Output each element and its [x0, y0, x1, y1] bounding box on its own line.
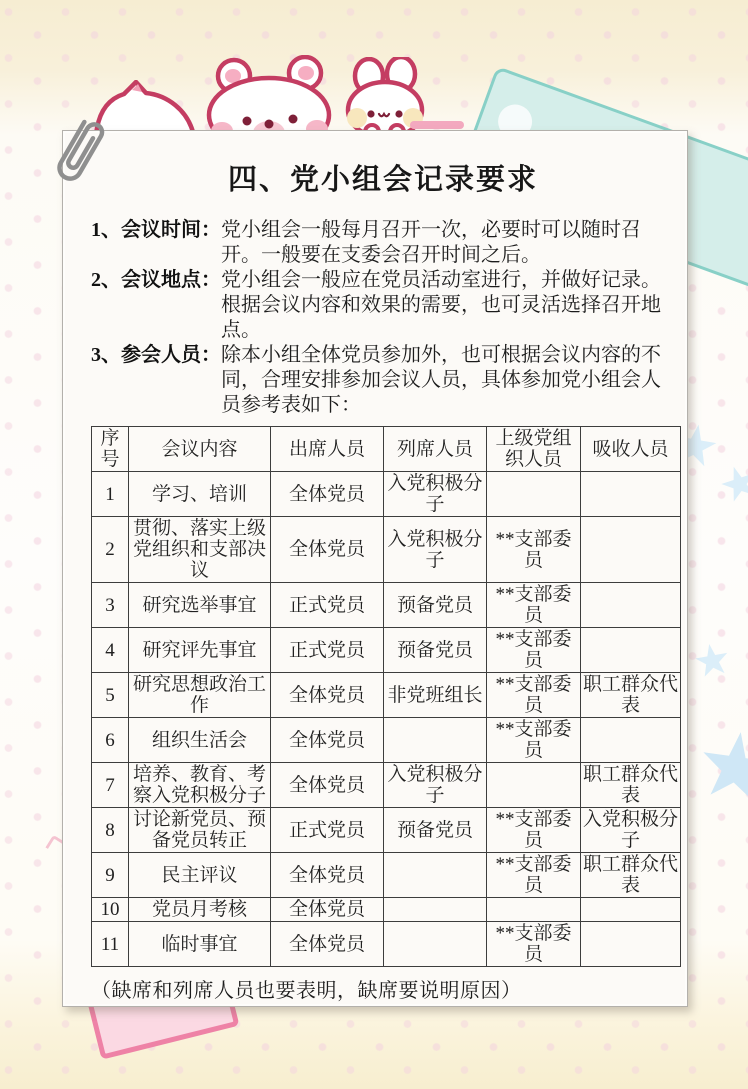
pink-dash-decoration — [410, 121, 464, 129]
table-cell — [487, 472, 581, 517]
table-cell: 入党积极分子 — [384, 763, 487, 808]
table-cell — [384, 853, 487, 898]
requirements-list: 1、会议时间： 党小组会一般每月召开一次，必要时可以随时召开。一般要在支委会召开… — [91, 218, 675, 418]
table-cell: 研究选举事宜 — [129, 583, 271, 628]
table-cell — [581, 718, 681, 763]
table-cell — [487, 763, 581, 808]
document-card: 四、党小组会记录要求 1、会议时间： 党小组会一般每月召开一次，必要时可以随时召… — [62, 130, 688, 1007]
bear-icon — [203, 55, 335, 135]
star-icon — [693, 723, 748, 809]
star-icon — [691, 639, 733, 681]
table-cell — [384, 718, 487, 763]
row-number-cell: 5 — [92, 673, 129, 718]
table-row: 11临时事宜全体党员**支部委员 — [92, 922, 681, 967]
table-cell: **支部委员 — [487, 808, 581, 853]
star-icon — [715, 459, 748, 507]
table-cell: 研究评先事宜 — [129, 628, 271, 673]
table-cell: 民主评议 — [129, 853, 271, 898]
meeting-table: 序号会议内容出席人员列席人员上级党组织人员吸收人员 1学习、培训全体党员入党积极… — [91, 426, 681, 967]
table-cell — [581, 583, 681, 628]
column-header: 吸收人员 — [581, 427, 681, 472]
table-cell: **支部委员 — [487, 517, 581, 583]
row-number-cell: 4 — [92, 628, 129, 673]
table-cell: 预备党员 — [384, 628, 487, 673]
row-number-cell: 11 — [92, 922, 129, 967]
table-body: 1学习、培训全体党员入党积极分子2贯彻、落实上级党组织和支部决议全体党员入党积极… — [92, 472, 681, 967]
table-cell: 贯彻、落实上级党组织和支部决议 — [129, 517, 271, 583]
table-cell: 职工群众代表 — [581, 673, 681, 718]
item-text: 党小组会一般应在党员活动室进行，并做好记录。根据会议内容和效果的需要，也可灵活选… — [221, 268, 675, 343]
table-cell: 入党积极分子 — [384, 472, 487, 517]
row-number-cell: 10 — [92, 898, 129, 922]
table-cell: 正式党员 — [271, 583, 384, 628]
table-cell: 全体党员 — [271, 673, 384, 718]
table-cell — [384, 922, 487, 967]
item-label: 2、会议地点： — [91, 268, 221, 343]
table-cell — [581, 628, 681, 673]
table-cell: **支部委员 — [487, 853, 581, 898]
table-cell: **支部委员 — [487, 673, 581, 718]
table-cell: **支部委员 — [487, 628, 581, 673]
table-row: 9民主评议全体党员**支部委员职工群众代表 — [92, 853, 681, 898]
table-cell: 全体党员 — [271, 517, 384, 583]
row-number-cell: 7 — [92, 763, 129, 808]
table-cell: 正式党员 — [271, 808, 384, 853]
table-cell: 全体党员 — [271, 853, 384, 898]
table-cell: 讨论新党员、预备党员转正 — [129, 808, 271, 853]
table-cell — [581, 898, 681, 922]
column-header: 会议内容 — [129, 427, 271, 472]
table-cell: 入党积极分子 — [581, 808, 681, 853]
item-label: 3、参会人员： — [91, 343, 221, 418]
table-cell: 非党班组长 — [384, 673, 487, 718]
list-item-meeting-time: 1、会议时间： 党小组会一般每月召开一次，必要时可以随时召开。一般要在支委会召开… — [91, 218, 675, 268]
table-cell: 全体党员 — [271, 763, 384, 808]
column-header: 上级党组织人员 — [487, 427, 581, 472]
item-text: 除本小组全体党员参加外，也可根据会议内容的不同，合理安排参加会议人员，具体参加党… — [221, 343, 675, 418]
row-number-cell: 3 — [92, 583, 129, 628]
table-row: 7培养、教育、考察入党积极分子全体党员入党积极分子职工群众代表 — [92, 763, 681, 808]
list-item-meeting-place: 2、会议地点： 党小组会一般应在党员活动室进行，并做好记录。根据会议内容和效果的… — [91, 268, 675, 343]
table-row: 10党员月考核全体党员 — [92, 898, 681, 922]
row-number-cell: 2 — [92, 517, 129, 583]
table-cell: 培养、教育、考察入党积极分子 — [129, 763, 271, 808]
table-cell: 全体党员 — [271, 922, 384, 967]
table-cell: 组织生活会 — [129, 718, 271, 763]
page-title: 四、党小组会记录要求 — [91, 157, 675, 198]
column-header: 出席人员 — [271, 427, 384, 472]
table-row: 8讨论新党员、预备党员转正正式党员预备党员**支部委员入党积极分子 — [92, 808, 681, 853]
table-cell — [581, 472, 681, 517]
table-cell: 正式党员 — [271, 628, 384, 673]
table-row: 3研究选举事宜正式党员预备党员**支部委员 — [92, 583, 681, 628]
table-header-row: 序号会议内容出席人员列席人员上级党组织人员吸收人员 — [92, 427, 681, 472]
column-header: 序号 — [92, 427, 129, 472]
row-number-cell: 9 — [92, 853, 129, 898]
table-cell: 全体党员 — [271, 472, 384, 517]
table-cell: 全体党员 — [271, 718, 384, 763]
table-cell: 职工群众代表 — [581, 853, 681, 898]
row-number-cell: 1 — [92, 472, 129, 517]
footnote: （缺席和列席人员也要表明，缺席要说明原因） — [91, 974, 675, 1003]
table-cell — [581, 517, 681, 583]
table-cell: 研究思想政治工作 — [129, 673, 271, 718]
table-cell: 职工群众代表 — [581, 763, 681, 808]
table-cell — [487, 898, 581, 922]
table-cell: 入党积极分子 — [384, 517, 487, 583]
table-cell: 预备党员 — [384, 808, 487, 853]
table-cell — [581, 922, 681, 967]
table-cell: **支部委员 — [487, 922, 581, 967]
table-cell: 预备党员 — [384, 583, 487, 628]
table-cell: **支部委员 — [487, 718, 581, 763]
row-number-cell: 8 — [92, 808, 129, 853]
table-cell — [384, 898, 487, 922]
table-row: 5研究思想政治工作全体党员非党班组长**支部委员职工群众代表 — [92, 673, 681, 718]
list-item-participants: 3、参会人员： 除本小组全体党员参加外，也可根据会议内容的不同，合理安排参加会议… — [91, 343, 675, 418]
table-cell: 全体党员 — [271, 898, 384, 922]
item-text: 党小组会一般每月召开一次，必要时可以随时召开。一般要在支委会召开时间之后。 — [221, 218, 675, 268]
row-number-cell: 6 — [92, 718, 129, 763]
table-row: 2贯彻、落实上级党组织和支部决议全体党员入党积极分子**支部委员 — [92, 517, 681, 583]
column-header: 列席人员 — [384, 427, 487, 472]
table-row: 4研究评先事宜正式党员预备党员**支部委员 — [92, 628, 681, 673]
table-cell: 学习、培训 — [129, 472, 271, 517]
item-label: 1、会议时间： — [91, 218, 221, 268]
table-cell: 党员月考核 — [129, 898, 271, 922]
table-cell: **支部委员 — [487, 583, 581, 628]
table-row: 6组织生活会全体党员**支部委员 — [92, 718, 681, 763]
table-row: 1学习、培训全体党员入党积极分子 — [92, 472, 681, 517]
table-cell: 临时事宜 — [129, 922, 271, 967]
